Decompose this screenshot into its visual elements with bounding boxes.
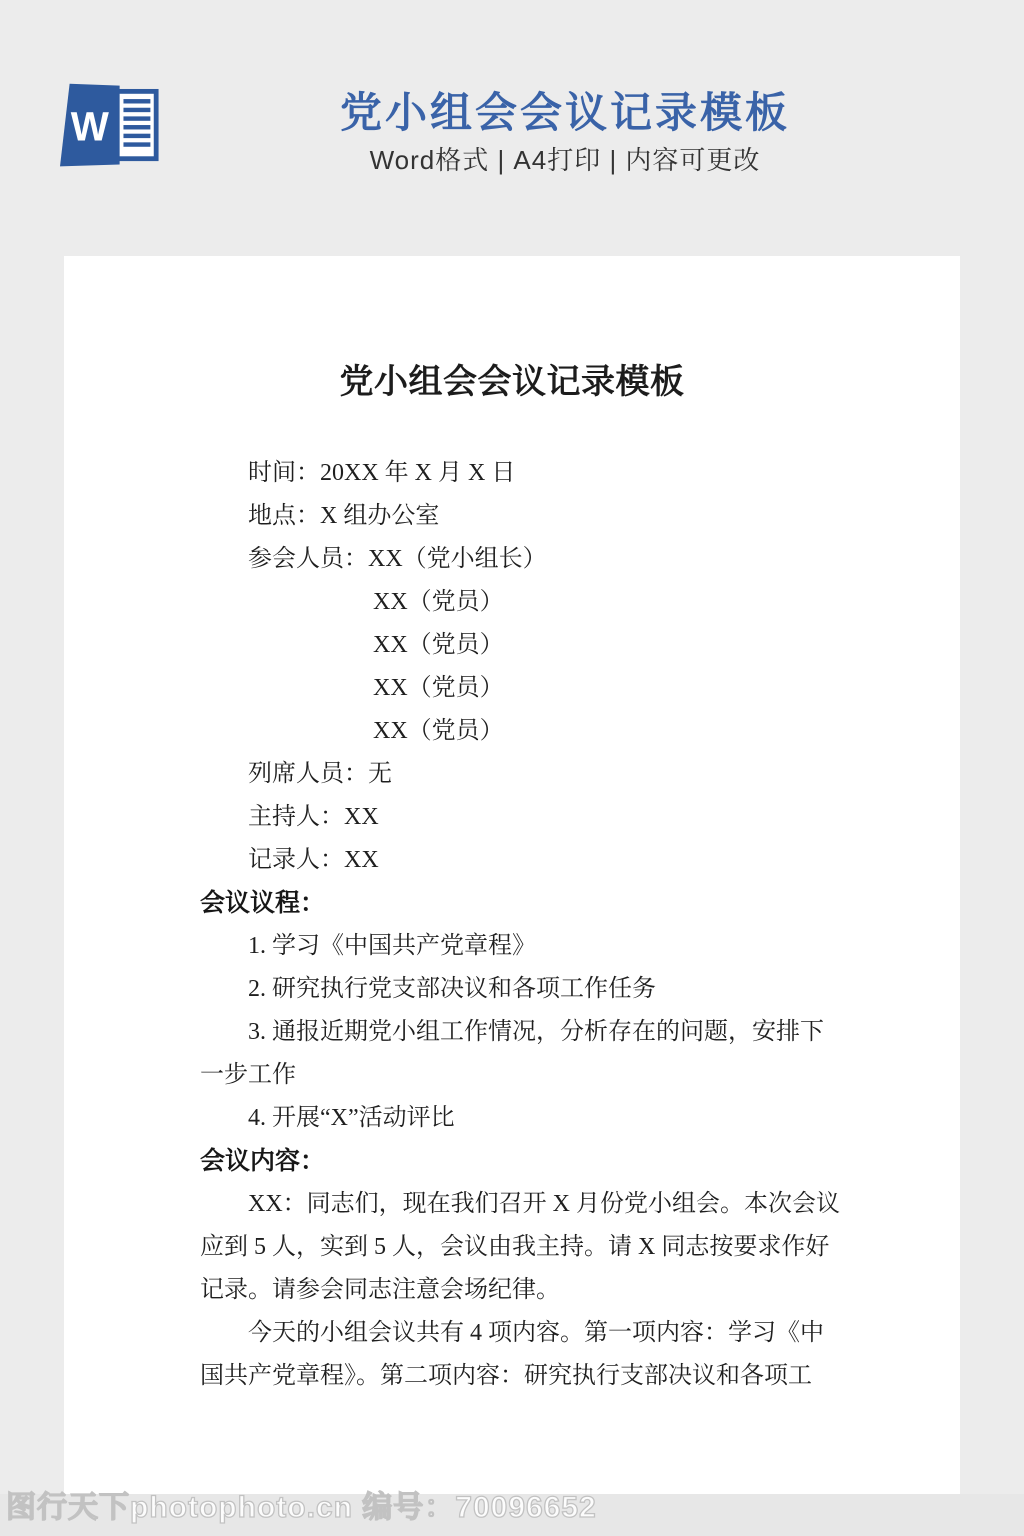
document-line: XX（党员） xyxy=(200,624,826,667)
document-line: 应到 5 人，实到 5 人，会议由我主持。请 X 同志按要求作好 xyxy=(200,1226,826,1269)
document-line: 地点：X 组办公室 xyxy=(200,495,826,538)
document-line: 记录人：XX xyxy=(200,839,826,882)
template-title: 党小组会会议记录模板 xyxy=(340,88,790,138)
document-line: 2. 研究执行党支部决议和各项工作任务 xyxy=(200,968,826,1011)
document-line: 3. 通报近期党小组工作情况，分析存在的问题，安排下 xyxy=(200,1011,826,1054)
document-line: XX：同志们，现在我们召开 X 月份党小组会。本次会议 xyxy=(200,1183,826,1226)
word-icon: W xyxy=(60,80,160,172)
section-heading: 会议议程： xyxy=(200,882,826,925)
document-line: 主持人：XX xyxy=(200,796,826,839)
document-line: 时间：20XX 年 X 月 X 日 xyxy=(200,452,826,495)
section-heading: 会议内容： xyxy=(200,1140,826,1183)
document-line: XX（党员） xyxy=(200,710,826,753)
document-line: 列席人员：无 xyxy=(200,753,826,796)
template-subtitle: Word格式 | A4打印 | 内容可更改 xyxy=(340,144,790,176)
document-page: 党小组会会议记录模板 时间：20XX 年 X 月 X 日地点：X 组办公室参会人… xyxy=(64,256,960,1494)
document-line: 一步工作 xyxy=(200,1054,826,1097)
document-line: 国共产党章程》。第二项内容：研究执行支部决议和各项工 xyxy=(200,1355,826,1398)
document-line: 参会人员：XX（党小组长） xyxy=(200,538,826,581)
document-line: XX（党员） xyxy=(200,667,826,710)
document-line: 记录。请参会同志注意会场纪律。 xyxy=(200,1269,826,1312)
document-line: 今天的小组会议共有 4 项内容。第一项内容：学习《中 xyxy=(200,1312,826,1355)
document-title: 党小组会会议记录模板 xyxy=(64,360,960,406)
document-line: 1. 学习《中国共产党章程》 xyxy=(200,925,826,968)
document-body: 时间：20XX 年 X 月 X 日地点：X 组办公室参会人员：XX（党小组长）X… xyxy=(200,452,826,1398)
site-watermark: 图行天下photophoto.cn 编号：70096652 xyxy=(6,1482,597,1526)
document-line: 4. 开展“X”活动评比 xyxy=(200,1097,826,1140)
header-text-block: 党小组会会议记录模板 Word格式 | A4打印 | 内容可更改 xyxy=(340,88,790,176)
document-line: XX（党员） xyxy=(200,581,826,624)
word-icon-letter: W xyxy=(71,103,110,149)
